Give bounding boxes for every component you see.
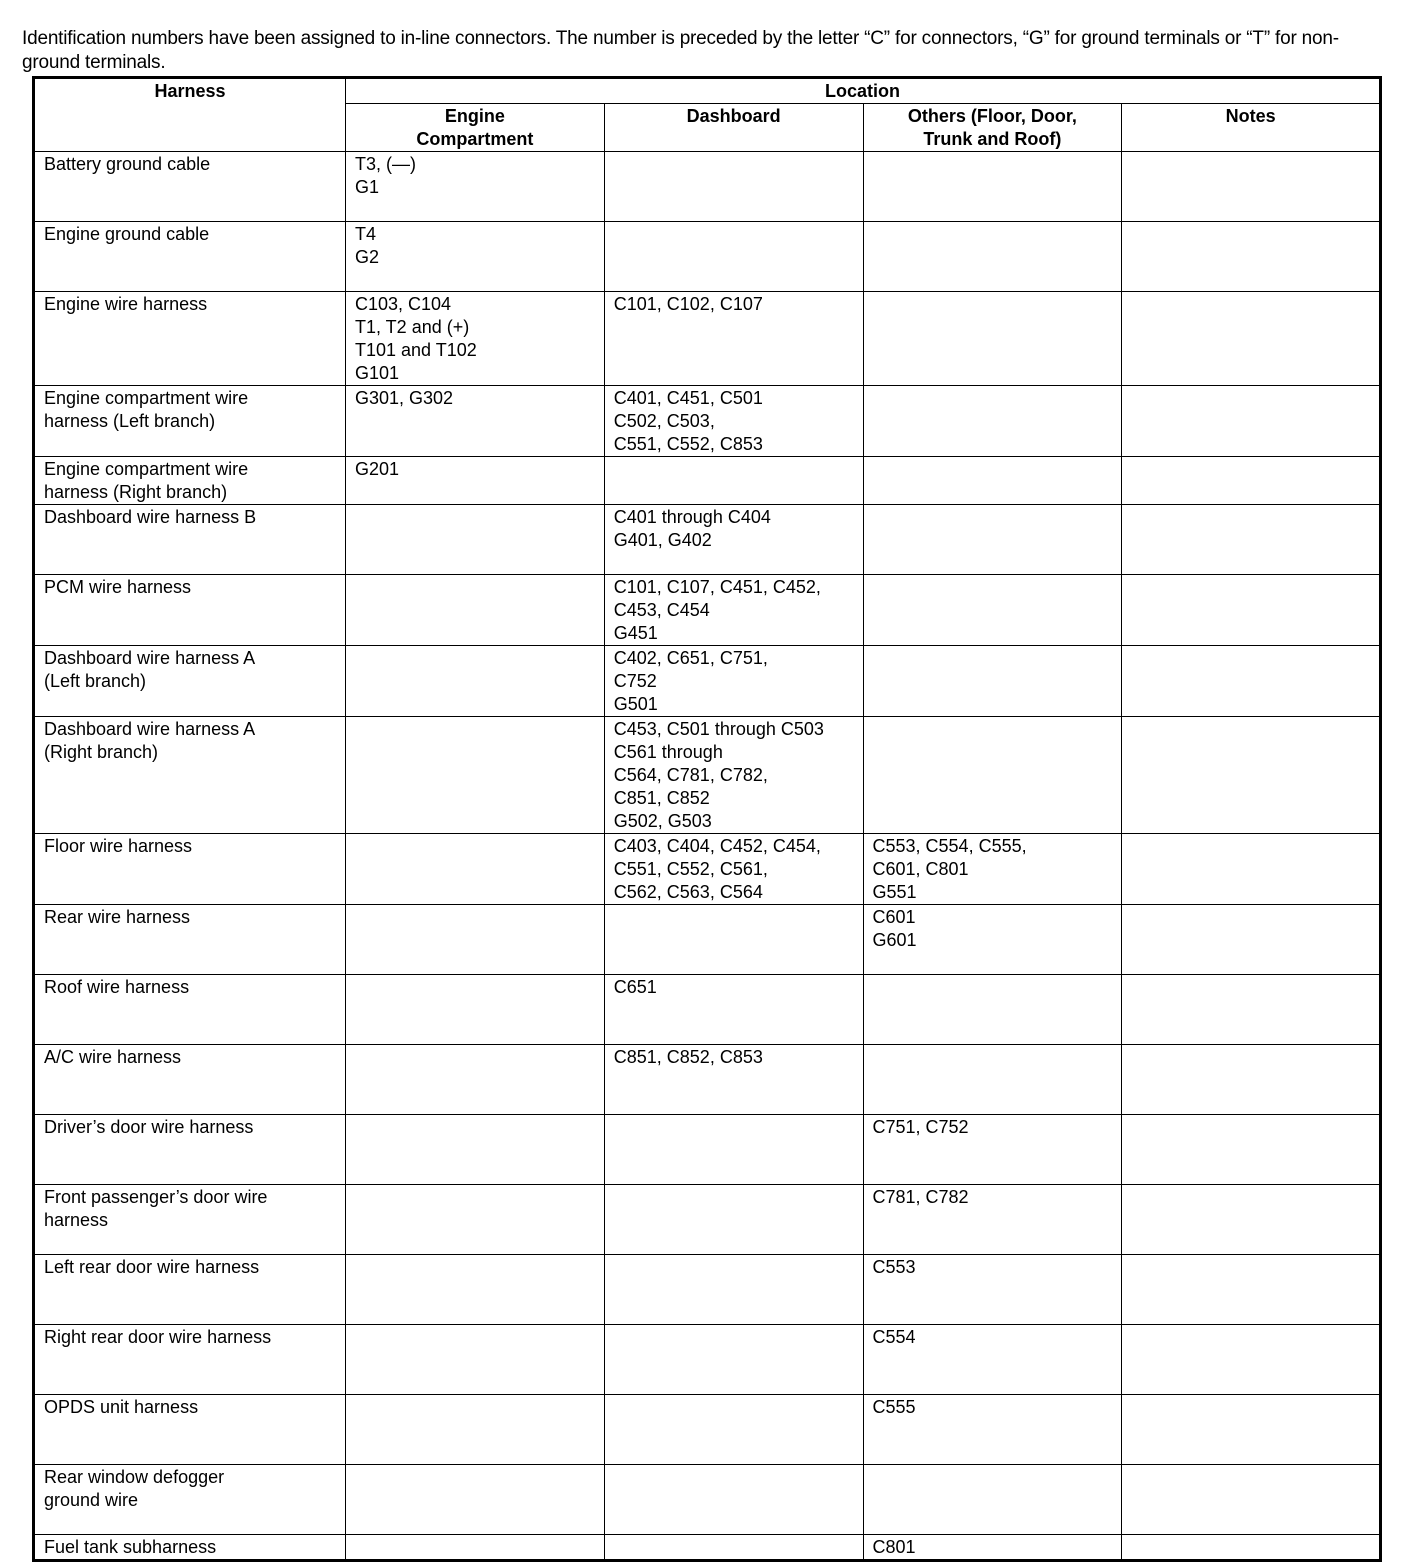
others-cell: C554 — [863, 1325, 1122, 1395]
engine-compartment-cell — [346, 1255, 605, 1325]
table-row: Dashboard wire harness A (Right branch)C… — [34, 717, 1381, 834]
others-cell — [863, 646, 1122, 717]
notes-cell — [1122, 292, 1381, 386]
others-cell — [863, 1465, 1122, 1535]
harness-name-cell: Roof wire harness — [34, 975, 346, 1045]
header-engine-compartment: Engine Compartment — [346, 104, 605, 152]
intro-paragraph: Identification numbers have been assigne… — [22, 27, 1382, 75]
dashboard-cell — [604, 1255, 863, 1325]
engine-compartment-cell: T3, (—) G1 — [346, 152, 605, 222]
engine-compartment-cell — [346, 575, 605, 646]
others-cell: C751, C752 — [863, 1115, 1122, 1185]
harness-name-cell: OPDS unit harness — [34, 1395, 346, 1465]
harness-name-cell: Dashboard wire harness A (Right branch) — [34, 717, 346, 834]
harness-name-cell: Engine compartment wire harness (Left br… — [34, 386, 346, 457]
notes-cell — [1122, 975, 1381, 1045]
notes-cell — [1122, 386, 1381, 457]
engine-compartment-cell — [346, 905, 605, 975]
engine-compartment-cell — [346, 717, 605, 834]
harness-name-cell: Driver’s door wire harness — [34, 1115, 346, 1185]
dashboard-cell — [604, 1535, 863, 1561]
table-row: Dashboard wire harness A (Left branch)C4… — [34, 646, 1381, 717]
others-cell — [863, 717, 1122, 834]
table-row: PCM wire harnessC101, C107, C451, C452, … — [34, 575, 1381, 646]
header-notes: Notes — [1122, 104, 1381, 152]
connector-location-table: Harness Location Engine Compartment Dash… — [32, 76, 1382, 1562]
harness-name-cell: Left rear door wire harness — [34, 1255, 346, 1325]
dashboard-cell: C403, C404, C452, C454, C551, C552, C561… — [604, 834, 863, 905]
notes-cell — [1122, 834, 1381, 905]
table-body: Battery ground cableT3, (—) G1Engine gro… — [34, 152, 1381, 1561]
dashboard-cell — [604, 1115, 863, 1185]
harness-name-cell: PCM wire harness — [34, 575, 346, 646]
notes-cell — [1122, 1465, 1381, 1535]
dashboard-cell — [604, 905, 863, 975]
notes-cell — [1122, 1255, 1381, 1325]
table-row: Engine compartment wire harness (Right b… — [34, 457, 1381, 505]
table-row: Fuel tank subharnessC801 — [34, 1535, 1381, 1561]
others-cell: C553, C554, C555, C601, C801 G551 — [863, 834, 1122, 905]
others-cell: C601 G601 — [863, 905, 1122, 975]
others-cell: C555 — [863, 1395, 1122, 1465]
others-cell — [863, 457, 1122, 505]
engine-compartment-cell — [346, 1395, 605, 1465]
dashboard-cell: C402, C651, C751, C752 G501 — [604, 646, 863, 717]
harness-name-cell: Front passenger’s door wire harness — [34, 1185, 346, 1255]
table-row: A/C wire harnessC851, C852, C853 — [34, 1045, 1381, 1115]
engine-compartment-cell — [346, 1535, 605, 1561]
engine-compartment-cell — [346, 834, 605, 905]
dashboard-cell: C651 — [604, 975, 863, 1045]
dashboard-cell: C401 through C404 G401, G402 — [604, 505, 863, 575]
engine-compartment-cell: T4 G2 — [346, 222, 605, 292]
harness-name-cell: Dashboard wire harness B — [34, 505, 346, 575]
harness-name-cell: Floor wire harness — [34, 834, 346, 905]
notes-cell — [1122, 646, 1381, 717]
header-harness: Harness — [34, 78, 346, 152]
dashboard-cell — [604, 152, 863, 222]
harness-name-cell: Dashboard wire harness A (Left branch) — [34, 646, 346, 717]
engine-compartment-cell — [346, 1185, 605, 1255]
harness-name-cell: Rear wire harness — [34, 905, 346, 975]
others-cell — [863, 292, 1122, 386]
engine-compartment-cell: G301, G302 — [346, 386, 605, 457]
engine-compartment-cell — [346, 1465, 605, 1535]
engine-compartment-cell: C103, C104 T1, T2 and (+) T101 and T102 … — [346, 292, 605, 386]
table-row: Rear wire harnessC601 G601 — [34, 905, 1381, 975]
notes-cell — [1122, 457, 1381, 505]
dashboard-cell: C851, C852, C853 — [604, 1045, 863, 1115]
notes-cell — [1122, 505, 1381, 575]
dashboard-cell — [604, 1465, 863, 1535]
engine-compartment-cell: G201 — [346, 457, 605, 505]
table-row: Engine ground cableT4 G2 — [34, 222, 1381, 292]
engine-compartment-cell — [346, 1325, 605, 1395]
table-row: Engine compartment wire harness (Left br… — [34, 386, 1381, 457]
header-row-top: Harness Location — [34, 78, 1381, 104]
others-cell — [863, 1045, 1122, 1115]
dashboard-cell: C101, C107, C451, C452, C453, C454 G451 — [604, 575, 863, 646]
engine-compartment-cell — [346, 646, 605, 717]
dashboard-cell — [604, 222, 863, 292]
harness-name-cell: Engine wire harness — [34, 292, 346, 386]
dashboard-cell: C453, C501 through C503 C561 through C56… — [604, 717, 863, 834]
engine-compartment-cell — [346, 1045, 605, 1115]
notes-cell — [1122, 1045, 1381, 1115]
others-cell: C781, C782 — [863, 1185, 1122, 1255]
others-cell — [863, 975, 1122, 1045]
dashboard-cell — [604, 1395, 863, 1465]
notes-cell — [1122, 152, 1381, 222]
table-row: Driver’s door wire harnessC751, C752 — [34, 1115, 1381, 1185]
others-cell: C801 — [863, 1535, 1122, 1561]
engine-compartment-cell — [346, 505, 605, 575]
table-row: Dashboard wire harness BC401 through C40… — [34, 505, 1381, 575]
dashboard-cell: C401, C451, C501 C502, C503, C551, C552,… — [604, 386, 863, 457]
harness-name-cell: A/C wire harness — [34, 1045, 346, 1115]
table-row: OPDS unit harnessC555 — [34, 1395, 1381, 1465]
dashboard-cell: C101, C102, C107 — [604, 292, 863, 386]
table-row: Floor wire harnessC403, C404, C452, C454… — [34, 834, 1381, 905]
harness-name-cell: Right rear door wire harness — [34, 1325, 346, 1395]
notes-cell — [1122, 575, 1381, 646]
header-location: Location — [346, 78, 1381, 104]
engine-compartment-cell — [346, 1115, 605, 1185]
harness-name-cell: Engine ground cable — [34, 222, 346, 292]
table-row: Right rear door wire harnessC554 — [34, 1325, 1381, 1395]
others-cell — [863, 575, 1122, 646]
others-cell: C553 — [863, 1255, 1122, 1325]
others-cell — [863, 386, 1122, 457]
dashboard-cell — [604, 1325, 863, 1395]
table-row: Roof wire harnessC651 — [34, 975, 1381, 1045]
table-row: Rear window defogger ground wire — [34, 1465, 1381, 1535]
notes-cell — [1122, 1185, 1381, 1255]
header-others: Others (Floor, Door, Trunk and Roof) — [863, 104, 1122, 152]
dashboard-cell — [604, 457, 863, 505]
harness-name-cell: Engine compartment wire harness (Right b… — [34, 457, 346, 505]
harness-name-cell: Rear window defogger ground wire — [34, 1465, 346, 1535]
table-row: Battery ground cableT3, (—) G1 — [34, 152, 1381, 222]
engine-compartment-cell — [346, 975, 605, 1045]
notes-cell — [1122, 717, 1381, 834]
notes-cell — [1122, 1325, 1381, 1395]
notes-cell — [1122, 1395, 1381, 1465]
table-row: Engine wire harnessC103, C104 T1, T2 and… — [34, 292, 1381, 386]
harness-name-cell: Fuel tank subharness — [34, 1535, 346, 1561]
header-dashboard: Dashboard — [604, 104, 863, 152]
notes-cell — [1122, 905, 1381, 975]
notes-cell — [1122, 1535, 1381, 1561]
others-cell — [863, 222, 1122, 292]
notes-cell — [1122, 222, 1381, 292]
others-cell — [863, 505, 1122, 575]
dashboard-cell — [604, 1185, 863, 1255]
harness-name-cell: Battery ground cable — [34, 152, 346, 222]
table-row: Left rear door wire harnessC553 — [34, 1255, 1381, 1325]
table-row: Front passenger’s door wire harnessC781,… — [34, 1185, 1381, 1255]
others-cell — [863, 152, 1122, 222]
notes-cell — [1122, 1115, 1381, 1185]
